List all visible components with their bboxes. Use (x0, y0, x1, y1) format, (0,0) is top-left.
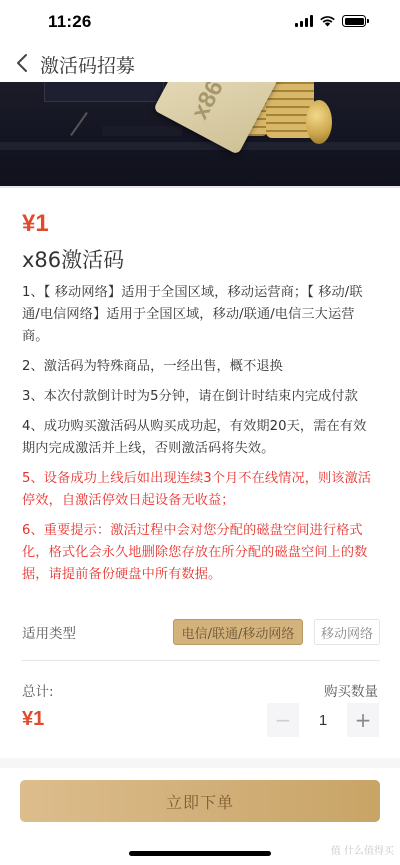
note-item: 1、【 移动网络】适用于全国区域，移动运营商；【 移动/联通/电信网络】适用于全… (22, 282, 378, 348)
wifi-icon (319, 15, 336, 27)
chevron-left-icon (16, 53, 28, 73)
product-details: ¥1 x86激活码 1、【 移动网络】适用于全国区域，移动运营商；【 移动/联通… (0, 210, 400, 586)
product-notes: 1、【 移动网络】适用于全国区域，移动运营商；【 移动/联通/电信网络】适用于全… (22, 282, 378, 586)
status-time: 11:26 (48, 12, 92, 32)
type-option-all-networks[interactable]: 电信/联通/移动网络 (173, 619, 303, 645)
battery-icon (342, 15, 366, 27)
status-bar: 11:26 (0, 0, 400, 44)
quantity-value: 1 (319, 712, 327, 729)
coin-graphic (306, 100, 332, 144)
type-option-mobile-network[interactable]: 移动网络 (314, 619, 380, 645)
home-indicator[interactable] (129, 851, 271, 856)
total-label: 总计: (22, 680, 54, 700)
divider (22, 660, 380, 661)
note-item: 3、本次付款倒计时为5分钟，请在倒计时结束内完成付款 (22, 386, 378, 408)
place-order-button[interactable]: 立即下单 (20, 780, 380, 822)
note-item-warning: 6、重要提示：激活过程中会对您分配的磁盘空间进行格式化，格式化会永久地删除您存放… (22, 520, 378, 586)
total-price: ¥1 (22, 708, 44, 731)
monitor-stand (70, 112, 88, 136)
type-selector: 适用类型 电信/联通/移动网络 移动网络 (22, 619, 380, 647)
product-name: x86激活码 (22, 244, 378, 274)
note-item-warning: 5、设备成功上线后如出现连续3个月不在线情况，则该激活停效，自激活停效日起设备无… (22, 468, 378, 512)
cellular-signal-icon (295, 15, 313, 27)
back-button[interactable] (12, 52, 32, 74)
monitor-graphic (44, 82, 164, 102)
type-label: 适用类型 (22, 622, 76, 642)
nav-bar: 激活码招募 (0, 44, 400, 82)
plus-icon: + (355, 708, 372, 732)
note-item: 4、成功购买激活码从购买成功起，有效期20天，需在有效期内完成激活并上线，否则激… (22, 416, 378, 460)
quantity-label: 购买数量 (324, 680, 378, 700)
decrease-quantity-button[interactable]: − (267, 703, 299, 737)
product-price: ¥1 (22, 210, 378, 238)
watermark: 值 什么值得买 (331, 842, 394, 857)
minus-icon: − (275, 708, 292, 732)
note-item: 2、激活码为特殊商品，一经出售，概不退换 (22, 356, 378, 378)
increase-quantity-button[interactable]: + (347, 703, 379, 737)
page-title: 激活码招募 (40, 51, 135, 78)
product-banner-image: x86 (0, 82, 400, 188)
desk-graphic (0, 142, 400, 150)
footer-separator (0, 758, 400, 768)
status-icons (295, 15, 366, 27)
quantity-stepper: − 1 + (267, 703, 379, 737)
keyboard-graphic (102, 126, 182, 136)
